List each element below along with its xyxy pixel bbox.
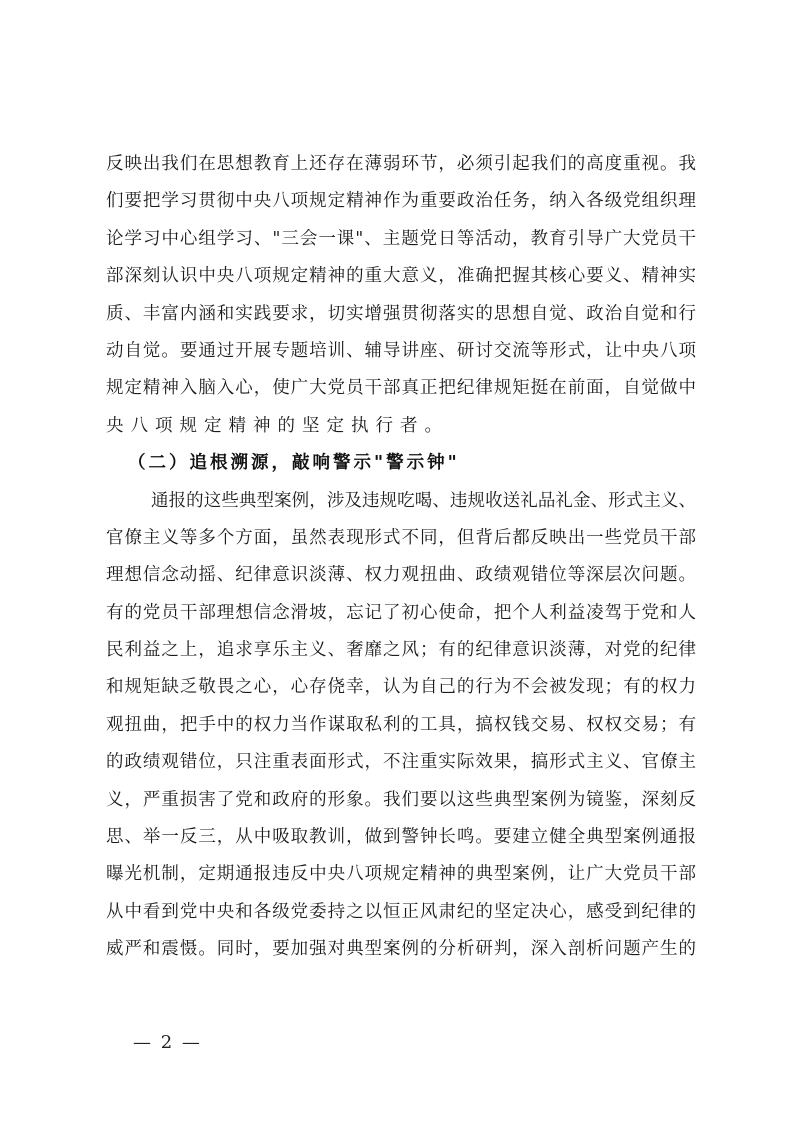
- page-number: — 2 —: [133, 1032, 202, 1053]
- paragraph-1-line-5: 质、丰富内涵和实践要求，切实增强贯彻落实的思想自觉、政治自觉和行: [106, 296, 696, 333]
- paragraph-1-line-4: 部深刻认识中央八项规定精神的重大意义，准确把握其核心要义、精神实: [106, 258, 696, 295]
- paragraph-2-line-3: 理想信念动摇、纪律意识淡薄、权力观扭曲、政绩观错位等深层次问题。: [106, 557, 696, 594]
- paragraph-2-line-13: 威严和震慑。同时，要加强对典型案例的分析研判，深入剖析问题产生的: [106, 931, 696, 968]
- paragraph-2-line-4: 有的党员干部理想信念滑坡，忘记了初心使命，把个人利益凌驾于党和人: [106, 595, 696, 632]
- paragraph-1-line-1: 反映出我们在思想教育上还存在薄弱环节，必须引起我们的高度重视。我: [106, 146, 696, 183]
- paragraph-2-line-9: 义，严重损害了党和政府的形象。我们要以这些典型案例为镜鉴，深刻反: [106, 782, 696, 819]
- document-page: 反映出我们在思想教育上还存在薄弱环节，必须引起我们的高度重视。我 们要把学习贯彻…: [0, 0, 793, 1122]
- paragraph-2-line-1: 通报的这些典型案例，涉及违规吃喝、违规收送礼品礼金、形式主义、: [106, 483, 696, 520]
- paragraph-2-line-7: 观扭曲，把手中的权力当作谋取私利的工具，搞权钱交易、权权交易；有: [106, 707, 696, 744]
- paragraph-2-line-2: 官僚主义等多个方面，虽然表现形式不同，但背后都反映出一些党员干部: [106, 520, 696, 557]
- paragraph-2-line-12: 从中看到党中央和各级党委持之以恒正风肃纪的坚定决心，感受到纪律的: [106, 894, 696, 931]
- paragraph-1-line-3: 论学习中心组学习、"三会一课"、主题党日等活动，教育引导广大党员干: [106, 221, 696, 258]
- paragraph-2-line-8: 的政绩观错位，只注重表面形式，不注重实际效果，搞形式主义、官僚主: [106, 744, 696, 781]
- paragraph-1-line-2: 们要把学习贯彻中央八项规定精神作为重要政治任务，纳入各级党组织理: [106, 183, 696, 220]
- paragraph-2-line-5: 民利益之上，追求享乐主义、奢靡之风；有的纪律意识淡薄，对党的纪律: [106, 632, 696, 669]
- paragraph-2-line-11: 曝光机制，定期通报违反中央八项规定精神的典型案例，让广大党员干部: [106, 856, 696, 893]
- paragraph-2-line-10: 思、举一反三，从中吸取教训，做到警钟长鸣。要建立健全典型案例通报: [106, 819, 696, 856]
- paragraph-2-line-6: 和规矩缺乏敬畏之心，心存侥幸，认为自己的行为不会被发现；有的权力: [106, 669, 696, 706]
- document-body: 反映出我们在思想教育上还存在薄弱环节，必须引起我们的高度重视。我 们要把学习贯彻…: [106, 146, 696, 969]
- paragraph-1-line-7: 规定精神入脑入心，使广大党员干部真正把纪律规矩挺在前面，自觉做中: [106, 370, 696, 407]
- paragraph-1-line-8: 央八项规定精神的坚定执行者。: [106, 408, 696, 445]
- section-heading: （二）追根溯源，敲响警示"警示钟": [106, 445, 696, 482]
- paragraph-1-line-6: 动自觉。要通过开展专题培训、辅导讲座、研讨交流等形式，让中央八项: [106, 333, 696, 370]
